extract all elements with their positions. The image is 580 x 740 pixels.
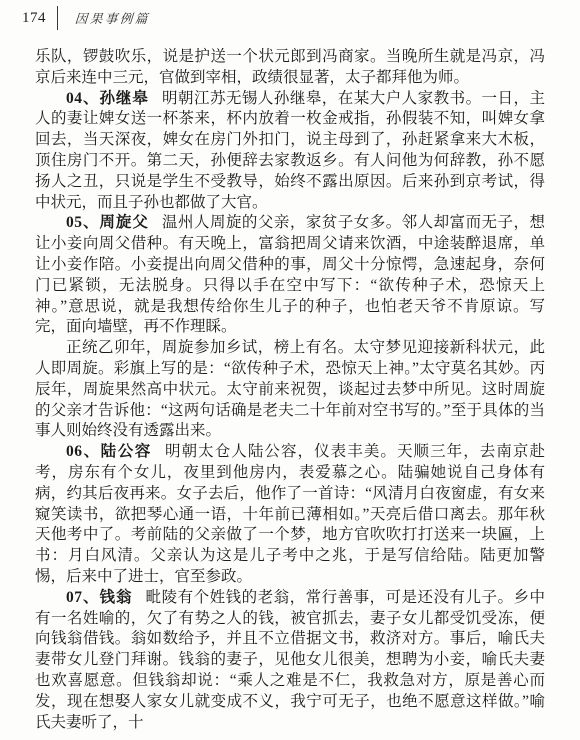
story-05-continued: 正统乙卯年，周旋参加乡试，榜上有名。太守梦见迎接新科状元，此人即周旋。彩旗上写的… [35, 338, 545, 442]
paragraph-text: 明朝江苏无锡人孙继皋，在某大户人家教书。一日，主人的妻让婢女送一杯茶来，杯内放着… [35, 90, 545, 211]
story-05-zhou-xuan-father: 05、周旋父温州人周旋的父亲，家贫子女多。邻人却富而无子，想让小妾向周父借种。有… [35, 213, 545, 338]
page-header: 174 因果事例篇 [22, 6, 150, 30]
paragraph-text: 乐队，锣鼓吹乐，说是护送一个状元郎到冯商家。当晚所生就是冯京，冯京后来连中三元，… [35, 48, 545, 86]
page-number: 174 [22, 10, 46, 27]
section-heading-05: 05、周旋父 [66, 214, 149, 231]
page-body: 乐队，锣鼓吹乐，说是护送一个状元郎到冯商家。当晚所生就是冯京，冯京后来连中三元，… [35, 47, 545, 733]
paragraph-continuation: 乐队，锣鼓吹乐，说是护送一个状元郎到冯商家。当晚所生就是冯京，冯京后来连中三元，… [35, 47, 545, 89]
chapter-title: 因果事例篇 [74, 9, 150, 27]
story-07-qian-weng: 07、钱翁毗陵有个姓钱的老翁，常行善事，可是还没有儿子。乡中有一名姓喻的，欠了有… [35, 588, 545, 734]
book-page: 174 因果事例篇 乐队，锣鼓吹乐，说是护送一个状元郎到冯商家。当晚所生就是冯京… [0, 0, 580, 740]
header-divider [57, 6, 58, 30]
paragraph-text: 温州人周旋的父亲，家贫子女多。邻人却富而无子，想让小妾向周父借种。有天晚上，富翁… [35, 214, 545, 335]
section-heading-04: 04、孙继皋 [66, 90, 149, 107]
paragraph-text: 明朝太仓人陆公容，仪表丰美。天顺三年，去南京赴考，房东有个女儿，夜里到他房内，表… [35, 443, 545, 585]
paragraph-text: 正统乙卯年，周旋参加乡试，榜上有名。太守梦见迎接新科状元，此人即周旋。彩旗上写的… [35, 339, 545, 439]
story-04-sun-jigao: 04、孙继皋明朝江苏无锡人孙继皋，在某大户人家教书。一日，主人的妻让婢女送一杯茶… [35, 89, 545, 214]
paragraph-text: 毗陵有个姓钱的老翁，常行善事，可是还没有儿子。乡中有一名姓喻的，欠了有势之人的钱… [35, 589, 545, 731]
section-heading-06: 06、陆公容 [66, 443, 152, 460]
story-06-lu-gongrong: 06、陆公容明朝太仓人陆公容，仪表丰美。天顺三年，去南京赴考，房东有个女儿，夜里… [35, 442, 545, 588]
section-heading-07: 07、钱翁 [66, 589, 132, 606]
